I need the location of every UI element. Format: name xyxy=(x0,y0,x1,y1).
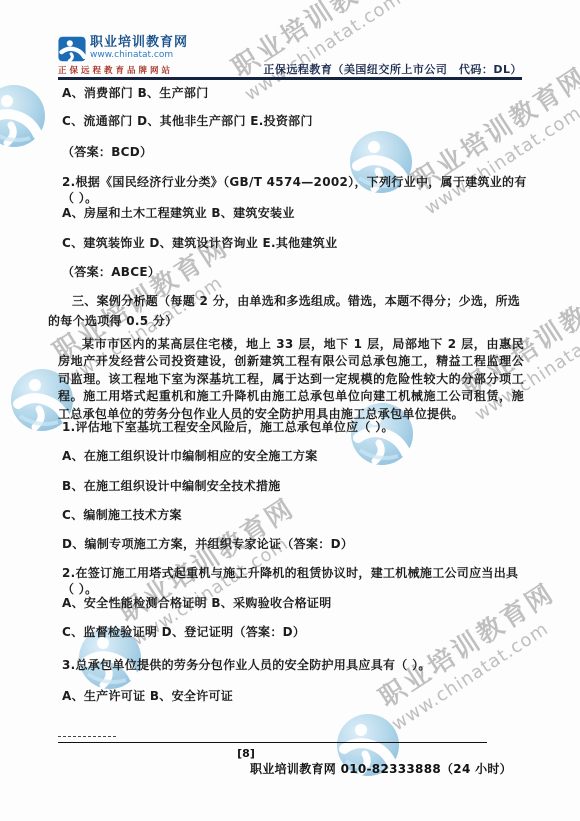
option-line: A、房屋和土木工程建筑业 B、建筑安装业 xyxy=(62,205,528,221)
option-line: C、监督检验证明 D、登记证明（答案：D） xyxy=(62,624,528,640)
option-line: A、生产许可证 B、安全许可证 xyxy=(62,688,528,704)
option-line: C、建筑装饰业 D、建筑设计咨询业 E.其他建筑业 xyxy=(62,235,528,251)
site-tagline: 正保远程教育品牌网站 xyxy=(58,64,173,76)
footer-dashed-rule xyxy=(58,736,116,737)
answer-line: （答案：BCD） xyxy=(62,144,528,160)
document-content: 职业培训教育网 www.chinatat.com 正保远程教育品牌网站 正保远程… xyxy=(0,0,580,821)
question-line: 1.评估地下室基坑工程安全风险后，施工总承包单位应（ ）。 xyxy=(62,419,528,435)
site-logo-icon xyxy=(58,36,86,62)
company-header-line: 正保远程教育（美国纽交所上市公司 代码：DL） xyxy=(263,61,522,77)
footer-contact: 职业培训教育网 010-82333888（24 小时） xyxy=(250,760,512,777)
header-divider xyxy=(58,77,522,80)
site-logo-text: 职业培训教育网 www.chinatat.com xyxy=(90,36,188,61)
footer-divider xyxy=(58,742,487,743)
option-line: B、在施工组织设计中编制安全技术措施 xyxy=(62,478,528,494)
option-line: A、消费部门 B、生产部门 xyxy=(62,85,528,101)
question-line: 2.在签订施工用塔式起重机与施工升降机的租赁协议时，建工机械施工公司应当出具（ … xyxy=(62,565,528,597)
option-line: D、编制专项施工方案，并组织专家论证（答案：D） xyxy=(62,536,528,552)
site-logo: 职业培训教育网 www.chinatat.com xyxy=(58,36,188,62)
document-page: 职业培训教育网 www.chinatat.com 职业培训教育网 www.chi… xyxy=(0,0,580,821)
site-name: 职业培训教育网 xyxy=(90,36,188,50)
section-heading: 三、案例分析题（每题 2 分，由单选和多选组成。错选，本题不得分；少选，所选的每… xyxy=(48,291,526,331)
answer-line: （答案：ABCE） xyxy=(62,264,528,280)
case-paragraph: 某市市区内的某高层住宅楼，地上 33 层，地下 1 层，局部地下 2 层，由惠民… xyxy=(58,336,524,423)
option-line: C、编制施工技术方案 xyxy=(62,507,528,523)
option-line: A、安全性能检测合格证明 B、采购验收合格证明 xyxy=(62,595,528,611)
site-url: www.chinatat.com xyxy=(90,50,188,61)
question-line: 2.根据《国民经济行业分类》（GB/T 4574—2002），下列行业中，属于建… xyxy=(62,174,528,206)
option-line: A、在施工组织设计巾编制相应的安全施工方案 xyxy=(62,448,528,464)
page-number: [8] xyxy=(58,747,434,760)
question-line: 3.总承包单位提供的劳务分包作业人员的安全防护用具应具有（ ）。 xyxy=(62,657,528,673)
option-line: C、流通部门 D、其他非生产部门 E.投资部门 xyxy=(62,113,528,129)
